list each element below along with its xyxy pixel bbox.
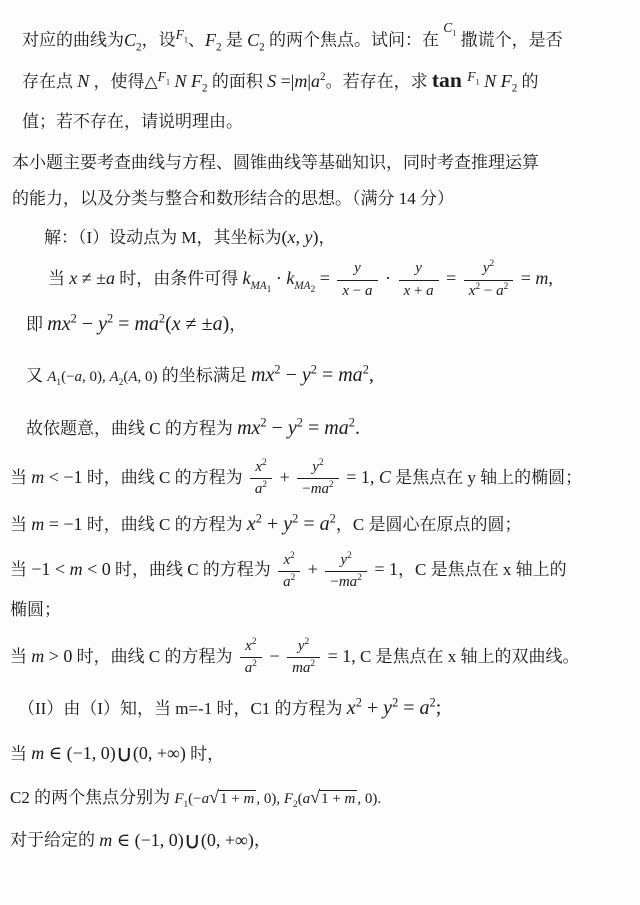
- text-segment: +: [362, 697, 383, 719]
- text-segment: y: [354, 260, 361, 276]
- text-line: （II）由（I）知，当 m=-1 时，C1 的方程为 x2 + y2 = a2;: [10, 688, 626, 729]
- text-segment: ma: [134, 313, 158, 335]
- text-segment: 撒谎个，是否: [456, 31, 562, 50]
- text-line: 当 m > 0 时，曲线 C 的方程为 x2a2 − y2ma2 = 1, C …: [10, 638, 626, 678]
- fraction: yx − a: [337, 260, 377, 300]
- text-line: 当 m = −1 时，曲线 C 的方程为 x2 + y2 = a2，C 是圆心在…: [10, 504, 626, 545]
- text-segment: C 是焦点在 x 轴上的双曲线。: [356, 647, 580, 666]
- text-line: 当 x ≠ ±a 时，由条件可得 kMA1 · kMA2 = yx − a · …: [10, 260, 626, 300]
- text-segment: =|: [276, 71, 294, 91]
- text-segment: = 1,: [342, 467, 379, 487]
- text-segment: = 1,: [323, 646, 356, 666]
- fraction: x2a2: [250, 459, 272, 499]
- text-segment: −: [267, 417, 288, 439]
- text-segment: S =|m|a2: [267, 71, 325, 91]
- text-segment: x2a2 − y2ma2 = 1,: [237, 646, 356, 666]
- text-segment: y: [415, 260, 422, 276]
- text-segment: ma: [311, 481, 329, 497]
- text-segment: +: [410, 283, 426, 299]
- text-segment: =: [303, 417, 324, 439]
- text-segment: −: [265, 646, 284, 666]
- text-segment: ≠ ±: [181, 313, 213, 335]
- text-segment: < −1: [44, 467, 82, 487]
- text-segment: +: [262, 513, 283, 535]
- text-segment: (0, +∞): [133, 743, 186, 763]
- text-segment: 椭圆；: [10, 600, 61, 619]
- text-segment: 1 +: [220, 791, 243, 807]
- text-segment: ∈ (−1, 0): [44, 743, 115, 763]
- text-segment: x2 + y2 = a2: [247, 513, 336, 535]
- text-segment: −1 < m < 0: [31, 559, 110, 579]
- text-segment: F: [205, 30, 216, 50]
- text-segment: 存在点: [22, 72, 77, 91]
- text-segment: (−: [188, 791, 201, 807]
- text-segment: x: [255, 459, 262, 475]
- text-segment: 2: [490, 259, 495, 269]
- text-segment: F: [501, 71, 512, 91]
- text-segment: m ∈ (−1, 0)∪(0, +∞): [99, 830, 254, 850]
- text-segment: ma: [338, 364, 362, 386]
- text-segment: x: [288, 227, 296, 247]
- text-segment: MA1: [251, 280, 272, 292]
- text-segment: ，: [229, 315, 246, 334]
- text-segment: y: [302, 364, 311, 386]
- text-segment: =: [442, 268, 461, 288]
- text-segment: m > 0: [31, 646, 72, 666]
- text-segment: y: [98, 313, 107, 335]
- text-segment: ，设: [142, 31, 176, 50]
- text-segment: ≠ ±: [77, 268, 106, 288]
- text-segment: N: [480, 71, 501, 91]
- text-segment: a: [365, 283, 373, 299]
- text-segment: x2 + y2 = a2;: [347, 697, 442, 719]
- text-segment: =: [315, 268, 334, 288]
- text-segment: 时，曲线 C 的方程为: [111, 560, 275, 579]
- text-segment: y: [483, 260, 490, 276]
- text-segment: < 0: [83, 559, 111, 579]
- text-segment: mx: [251, 364, 274, 386]
- text-segment: , 0): [138, 369, 158, 385]
- text-line: 存在点 N ，使得△F1 N F2 的面积 S =|m|a2。若存在，求 tan…: [10, 58, 626, 102]
- text-segment: C2: [124, 30, 142, 50]
- text-segment: a: [213, 313, 223, 335]
- text-segment: 2: [291, 573, 296, 583]
- text-segment: ;: [436, 697, 442, 719]
- text-segment: +: [303, 559, 322, 579]
- text-segment: m: [294, 71, 307, 91]
- radical-expression: √1 + m: [310, 791, 357, 807]
- text-segment: 2: [305, 637, 310, 647]
- text-segment: 2: [504, 282, 509, 292]
- text-segment: mx: [47, 313, 70, 335]
- fraction: yx + a: [399, 260, 439, 300]
- text-segment: 2: [310, 659, 315, 669]
- text-segment: C1: [443, 20, 456, 35]
- text-segment: a: [320, 513, 330, 535]
- text-segment: k: [243, 268, 251, 288]
- text-segment: A: [128, 369, 137, 385]
- text-segment: a: [106, 268, 115, 288]
- text-segment: m ∈ (−1, 0)∪(0, +∞): [31, 743, 186, 763]
- text-segment: =: [298, 513, 319, 535]
- text-segment: −: [349, 283, 365, 299]
- text-segment: 时，: [186, 744, 224, 763]
- text-segment: 时，曲线 C 的方程为: [83, 468, 247, 487]
- text-segment: C: [379, 467, 391, 487]
- text-segment: =: [317, 364, 338, 386]
- text-segment: kMA1 · kMA2 = yx − a · yx + a = y2x2 − a…: [243, 268, 553, 288]
- text-line: 当 m < −1 时，曲线 C 的方程为 x2a2 + y2−ma2 = 1, …: [10, 459, 626, 499]
- text-segment: (: [165, 313, 172, 335]
- text-segment: 当: [10, 647, 31, 666]
- text-segment: 的坐标满足: [158, 366, 252, 385]
- text-segment: ·: [381, 268, 396, 288]
- text-segment: 故依题意，曲线 C 的方程为: [26, 419, 237, 438]
- text-segment: 当: [48, 269, 69, 288]
- text-segment: 当: [10, 744, 31, 763]
- text-segment: S: [267, 71, 276, 91]
- text-segment: m = −1: [31, 514, 82, 534]
- text-line: 本小题主要考查曲线与方程、圆锥曲线等基础知识，同时考查推理运算: [10, 144, 626, 181]
- text-segment: F: [176, 27, 184, 42]
- text-segment: a: [496, 283, 504, 299]
- text-segment: F2: [501, 71, 518, 91]
- text-segment: m < −1: [31, 467, 82, 487]
- text-segment: , 0),: [256, 791, 284, 807]
- text-segment: = −1: [44, 514, 82, 534]
- text-segment: 当: [10, 515, 31, 534]
- text-segment: ，C 是圆心在原点的圆；: [336, 515, 522, 534]
- text-segment: a: [75, 369, 83, 385]
- text-segment: (−: [61, 369, 74, 385]
- text-segment: （II）由（I）知，当 m=-1 时，C1 的方程为: [18, 699, 347, 718]
- text-segment: A: [110, 369, 119, 385]
- text-segment: =: [113, 313, 134, 335]
- text-segment: 2: [347, 551, 352, 561]
- text-segment: mx2 − y2 = ma2,: [251, 364, 374, 386]
- text-segment: = 1: [370, 559, 398, 579]
- text-segment: m: [244, 791, 255, 807]
- text-segment: y: [305, 227, 313, 247]
- text-segment: x: [347, 697, 356, 719]
- text-segment: ·: [271, 268, 286, 288]
- text-segment: MA: [251, 280, 267, 292]
- fraction: y2−ma2: [297, 459, 338, 499]
- text-line: 对于给定的 m ∈ (−1, 0)∪(0, +∞)，: [10, 817, 626, 865]
- fraction: y2x2 − a2: [464, 260, 513, 300]
- text-segment: 的两个焦点。试问：在: [265, 31, 444, 50]
- text-segment: C2 的两个焦点分别为: [10, 788, 174, 807]
- text-segment: x ≠ ±a: [69, 268, 115, 288]
- text-segment: m: [535, 268, 548, 288]
- text-segment: (0, +∞): [201, 830, 254, 850]
- text-line: 当 m ∈ (−1, 0)∪(0, +∞) 时，: [10, 731, 626, 779]
- text-segment: mx: [237, 417, 260, 439]
- text-segment: 2: [252, 659, 257, 669]
- text-segment: +: [275, 467, 294, 487]
- text-segment: 、: [188, 31, 205, 50]
- text-segment: 时，由条件可得: [115, 269, 243, 288]
- text-segment: 时，曲线 C 的方程为: [72, 647, 236, 666]
- text-segment: 对应的曲线为: [22, 31, 124, 50]
- text-segment: 的: [517, 72, 538, 91]
- text-segment: −: [302, 481, 310, 497]
- fraction: y2ma2: [287, 638, 320, 678]
- text-segment: F: [284, 791, 293, 807]
- text-segment: tan: [432, 68, 467, 92]
- text-segment: ,: [296, 227, 305, 247]
- text-segment: x: [247, 513, 256, 535]
- text-segment: F: [174, 791, 183, 807]
- text-segment: x: [172, 313, 181, 335]
- text-segment: x: [245, 638, 252, 654]
- text-segment: ma: [292, 660, 310, 676]
- text-segment: F1: [467, 69, 479, 84]
- text-segment: MA2: [294, 280, 315, 292]
- text-segment: 的能力，以及分类与整合和数形结合的思想。（满分 14 分）: [12, 189, 454, 208]
- text-segment: ma: [324, 417, 348, 439]
- text-segment: mx2 − y2 = ma2.: [237, 417, 360, 439]
- text-segment: =: [398, 697, 419, 719]
- text-segment: 又: [26, 366, 47, 385]
- text-segment: 的面积: [208, 72, 268, 91]
- text-segment: ∪: [116, 740, 133, 768]
- text-segment: 2: [357, 573, 362, 583]
- text-line: 椭圆；: [10, 591, 626, 628]
- text-segment: m: [70, 559, 83, 579]
- text-segment: 1 +: [321, 791, 344, 807]
- text-segment: y: [298, 638, 305, 654]
- text-segment: ∈ (−1, 0): [112, 830, 183, 850]
- text-segment: 值；若不存在，请说明理由。: [22, 112, 243, 131]
- text-segment: C: [247, 30, 259, 50]
- text-segment: 2: [329, 480, 334, 490]
- text-segment: 当: [10, 468, 31, 487]
- text-segment: ，使得△: [89, 72, 157, 91]
- text-segment: m: [31, 743, 44, 763]
- text-segment: m: [99, 830, 112, 850]
- text-segment: N: [77, 71, 89, 91]
- text-line: C2 的两个焦点分别为 F1(−a√1 + m, 0), F2(a√1 + m,…: [10, 779, 626, 816]
- text-segment: mx2 − y2 = ma2(x ≠ ±a): [47, 313, 229, 335]
- text-segment: F1: [176, 27, 188, 42]
- text-segment: ma: [339, 574, 357, 590]
- text-segment: 时，曲线 C 的方程为: [83, 515, 247, 534]
- text-segment: .: [355, 417, 360, 439]
- fraction: x2a2: [278, 552, 300, 592]
- text-segment: m: [31, 646, 44, 666]
- text-segment: 当: [10, 560, 31, 579]
- text-segment: 2: [290, 551, 295, 561]
- text-line: 又 A1(−a, 0), A2(A, 0) 的坐标满足 mx2 − y2 = m…: [10, 355, 626, 396]
- text-segment: −1 <: [31, 559, 69, 579]
- text-segment: 2: [262, 480, 267, 490]
- text-segment: 是焦点在 y 轴上的椭圆；: [391, 468, 582, 487]
- text-segment: ，: [319, 228, 336, 247]
- text-segment: 是: [222, 31, 248, 50]
- text-segment: x2a2 + y2−ma2 = 1, C: [247, 467, 391, 487]
- text-segment: ,: [369, 364, 374, 386]
- text-segment: m: [31, 467, 44, 487]
- fraction: x2a2: [240, 638, 262, 678]
- text-segment: =: [516, 268, 535, 288]
- text-segment: 。若存在，求: [326, 72, 432, 91]
- text-segment: ，: [254, 831, 271, 850]
- text-segment: F: [158, 69, 166, 84]
- text-segment: 解：（I）设动点为 M，其坐标为: [44, 228, 282, 247]
- fraction: y2−ma2: [325, 552, 366, 592]
- text-segment: −: [281, 364, 302, 386]
- text-segment: MA: [294, 280, 310, 292]
- text-line: 对应的曲线为C2，设F1、F2 是 C2 的两个焦点。试问：在 C1 撒谎个，是…: [10, 14, 626, 58]
- text-segment: C: [443, 20, 452, 35]
- text-segment: m: [31, 514, 44, 534]
- text-segment: ,: [548, 268, 553, 288]
- text-segment: ，C 是焦点在 x 轴上的: [398, 560, 567, 579]
- text-line: 的能力，以及分类与整合和数形结合的思想。（满分 14 分）: [10, 180, 626, 217]
- text-segment: y: [312, 459, 319, 475]
- text-segment: a: [283, 574, 291, 590]
- text-segment: −: [77, 313, 98, 335]
- text-line: 值；若不存在，请说明理由。: [10, 103, 626, 140]
- text-segment: −: [330, 574, 338, 590]
- text-segment: F2: [191, 71, 208, 91]
- text-segment: F1: [158, 69, 170, 84]
- text-line: 解：（I）设动点为 M，其坐标为(x, y)，: [10, 219, 626, 256]
- text-segment: F1(−a√1 + m, 0), F2(a√1 + m, 0).: [174, 791, 381, 807]
- text-segment: F: [191, 71, 202, 91]
- text-segment: a: [420, 697, 430, 719]
- text-segment: a: [426, 283, 434, 299]
- radical-expression: √1 + m: [209, 791, 256, 807]
- text-segment: C2: [247, 30, 265, 50]
- text-segment: a: [311, 71, 320, 91]
- text-segment: N: [170, 71, 191, 91]
- text-segment: x2a2 + y2−ma2 = 1: [275, 559, 398, 579]
- document-page: 对应的曲线为C2，设F1、F2 是 C2 的两个焦点。试问：在 C1 撒谎个，是…: [0, 0, 640, 877]
- text-line: 故依题意，曲线 C 的方程为 mx2 − y2 = ma2.: [10, 408, 626, 449]
- text-segment: A1(−a, 0), A2(A, 0): [47, 369, 157, 385]
- text-segment: , 0),: [82, 369, 110, 385]
- text-segment: 本小题主要考查曲线与方程、圆锥曲线等基础知识，同时考查推理运算: [12, 153, 539, 172]
- text-segment: F2: [205, 30, 222, 50]
- text-line: 即 mx2 − y2 = ma2(x ≠ ±a)，: [10, 304, 626, 345]
- text-segment: 2: [262, 458, 267, 468]
- text-segment: 2: [319, 458, 324, 468]
- text-segment: C: [124, 30, 136, 50]
- text-segment: 2: [252, 637, 257, 647]
- text-segment: , 0).: [357, 791, 381, 807]
- text-segment: 对于给定的: [10, 831, 99, 850]
- text-line: 当 −1 < m < 0 时，曲线 C 的方程为 x2a2 + y2−ma2 =…: [10, 551, 626, 591]
- text-segment: 即: [26, 315, 47, 334]
- text-segment: > 0: [44, 646, 72, 666]
- text-segment: y: [383, 697, 392, 719]
- text-segment: m: [345, 791, 356, 807]
- text-segment: −: [480, 283, 496, 299]
- text-segment: y: [283, 513, 292, 535]
- text-segment: ∪: [184, 826, 201, 854]
- text-segment: y: [288, 417, 297, 439]
- text-segment: (x, y): [282, 227, 319, 247]
